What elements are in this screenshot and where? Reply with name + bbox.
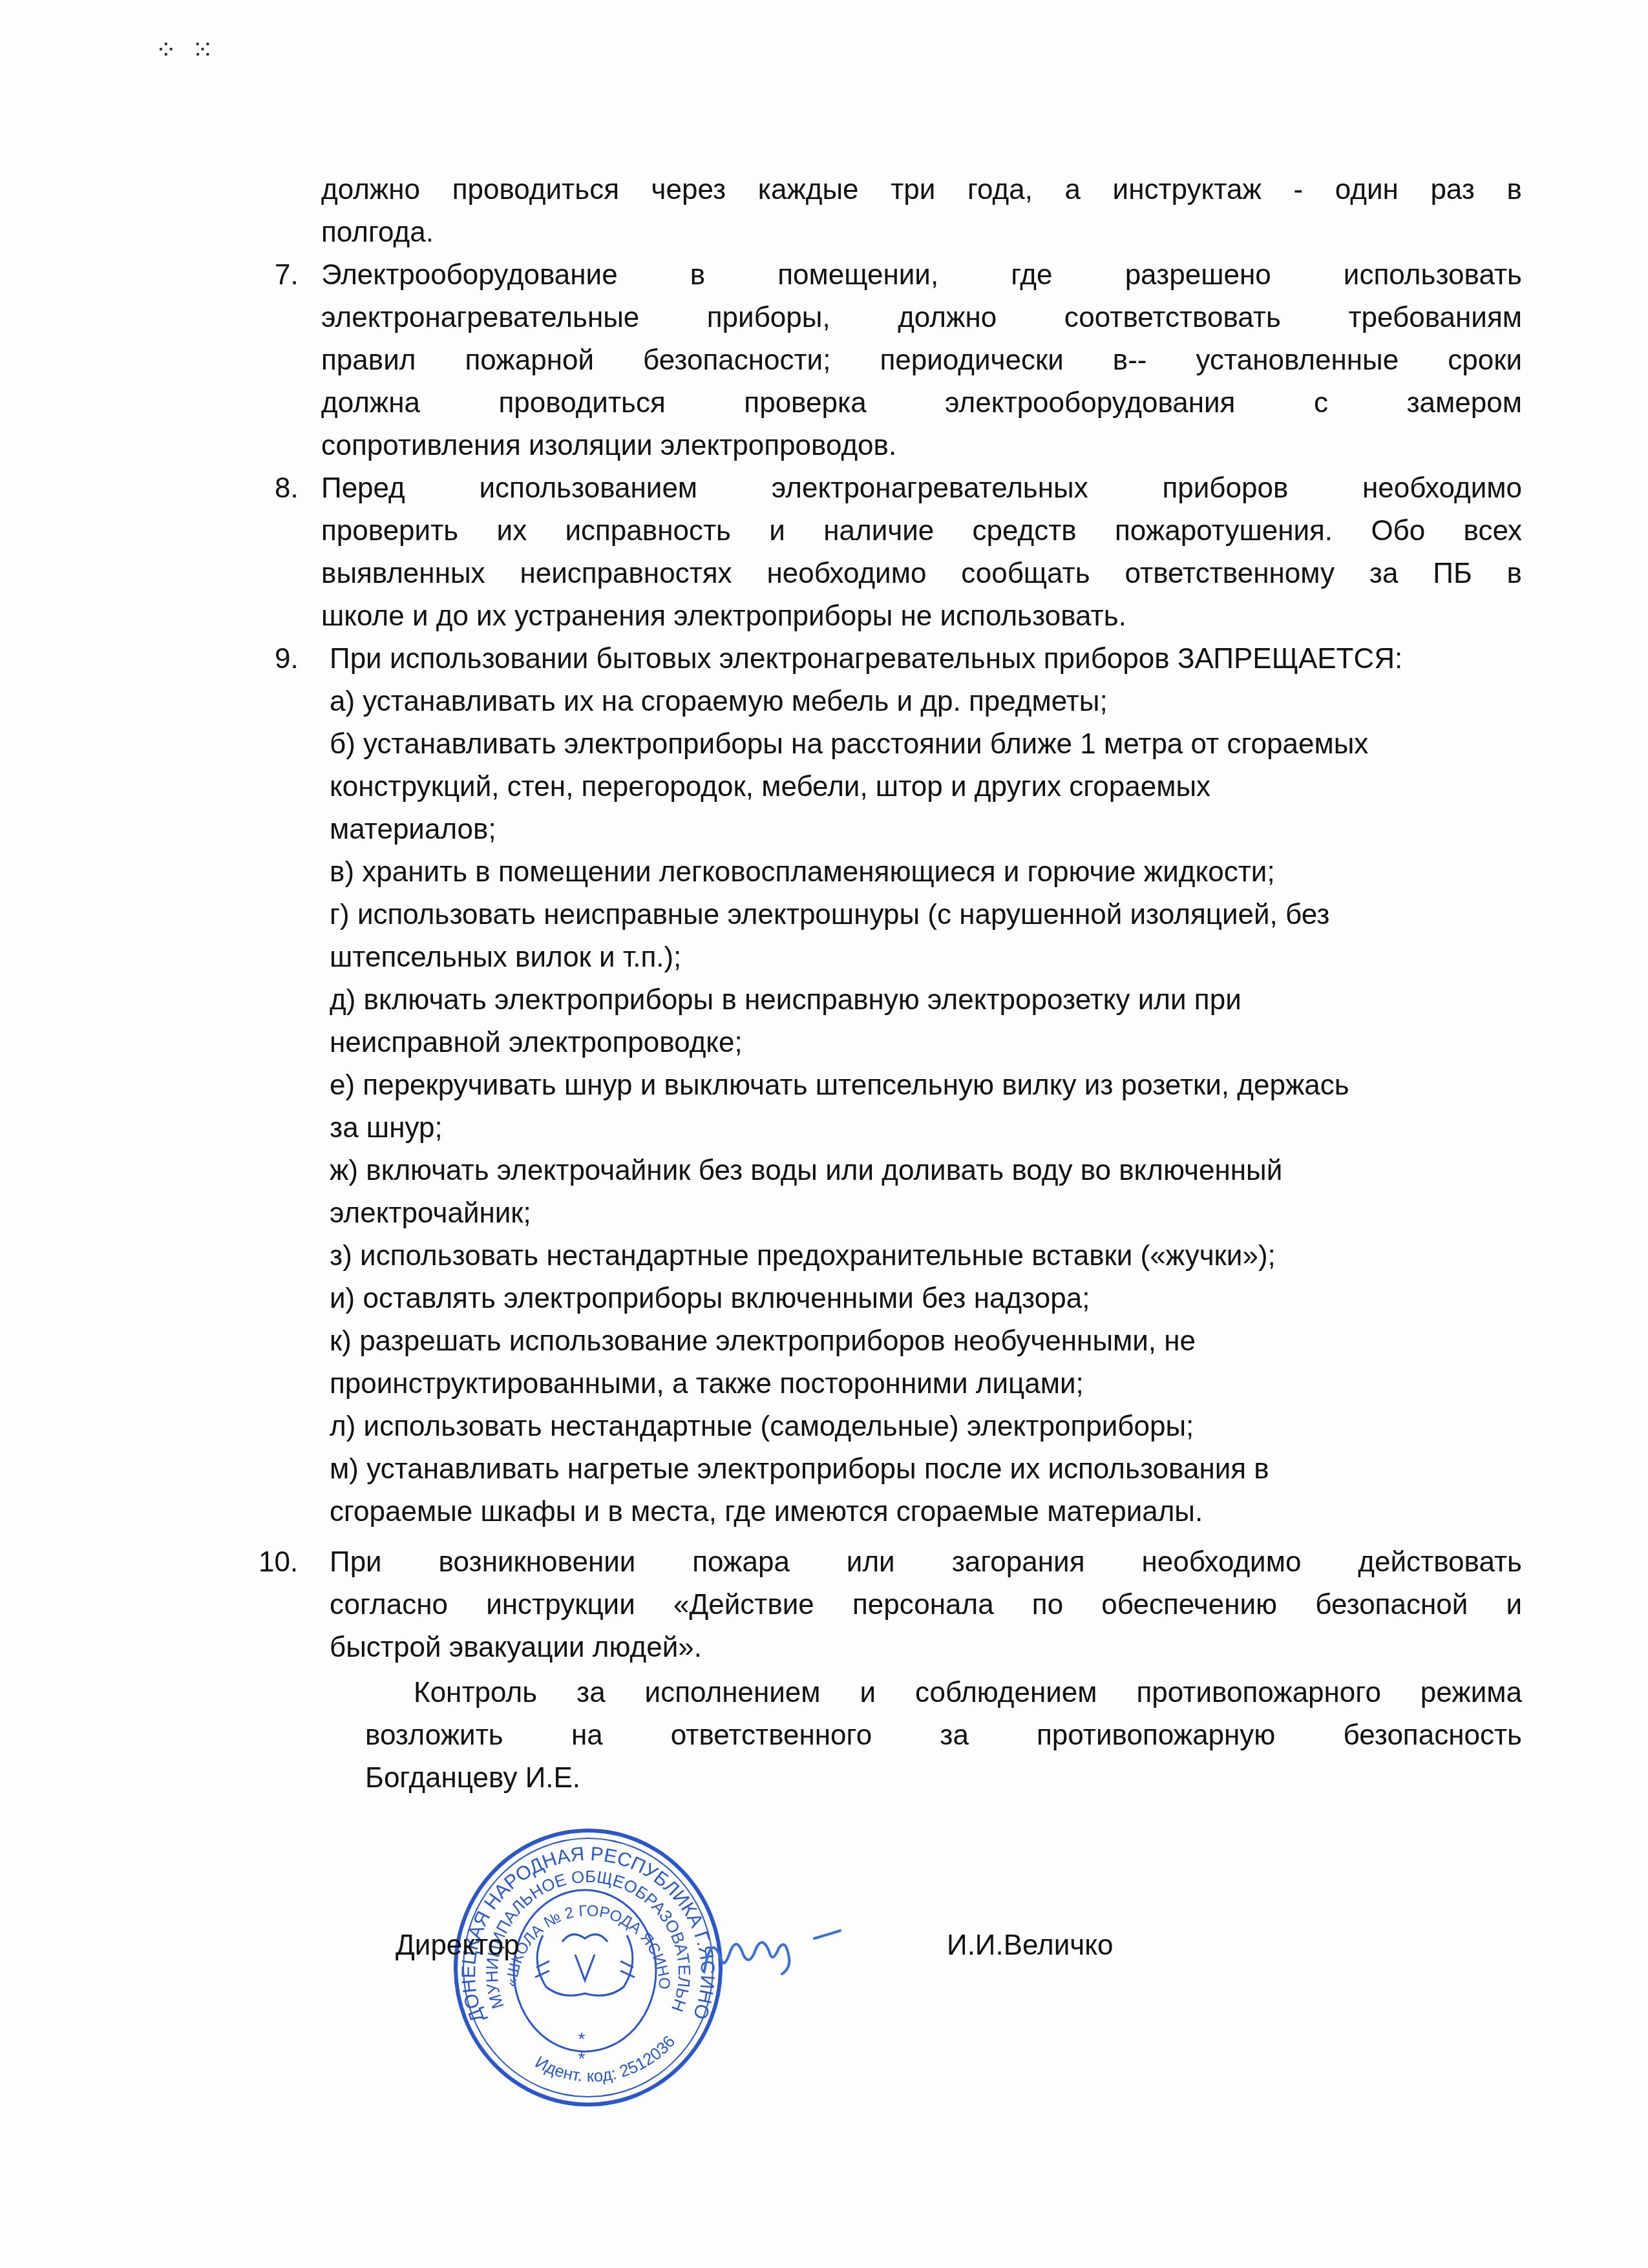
subitem-line: проинструктированными, а также посторонн… — [330, 1367, 1084, 1401]
text-line: согласно инструкции «Действие персонала … — [330, 1588, 1522, 1622]
subitem-line: материалов; — [330, 813, 496, 846]
text-line: правил пожарной безопасности; периодичес… — [321, 344, 1522, 377]
subitem-line: электрочайник; — [330, 1197, 531, 1230]
official-stamp: ДОНЕЦКАЯ НАРОДНАЯ РЕСПУБЛИКА Г.ЯСИНОВАТА… — [446, 1825, 724, 2110]
text-line: выявленных неисправностях необходимо соо… — [321, 557, 1522, 591]
text-line: школе и до их устранения электроприборы … — [321, 600, 1126, 633]
item-number: 10. — [259, 1546, 298, 1579]
text-line: быстрой эвакуации людей». — [330, 1631, 702, 1664]
text-line: должно проводиться через каждые три года… — [321, 173, 1522, 207]
subitem-line: д) включать электроприборы в неисправную… — [330, 983, 1241, 1017]
signature-scribble — [698, 1919, 866, 1984]
text-line: проверить их исправность и наличие средс… — [321, 514, 1522, 548]
text-line: полгода. — [321, 216, 434, 249]
subitem-line: г) использовать неисправные электрошнуры… — [330, 898, 1329, 932]
closing-line: возложить на ответственного за противопо… — [365, 1719, 1522, 1752]
svg-text:*: * — [578, 2029, 586, 2049]
subitem-line: сгораемые шкафы и в места, где имеются с… — [330, 1495, 1203, 1529]
subitem-line: ж) включать электрочайник без воды или д… — [330, 1154, 1282, 1188]
subitem-line: неисправной электропроводке; — [330, 1026, 743, 1060]
subitem-line: в) хранить в помещении легковоспламеняющ… — [330, 856, 1275, 889]
text-line: Электрооборудование в помещении, где раз… — [321, 258, 1522, 292]
item-number: 8. — [275, 472, 299, 505]
eagle-emblem-icon — [535, 1935, 635, 1996]
subitem-line: м) устанавливать нагретые электроприборы… — [330, 1453, 1269, 1486]
subitem-line: штепсельных вилок и т.п.); — [330, 941, 681, 974]
scan-speck: ⁘ ⁙ — [155, 36, 217, 65]
text-line: электронагревательные приборы, должно со… — [321, 301, 1522, 335]
subitem-line: и) оставлять электроприборы включенными … — [330, 1282, 1090, 1316]
signatory-title: Директор — [396, 1929, 520, 1962]
svg-text:*: * — [578, 2048, 586, 2068]
text-line: Перед использованием электронагревательн… — [321, 472, 1522, 505]
subitem-line: е) перекручивать шнур и выключать штепсе… — [330, 1069, 1349, 1102]
subitem-line: к) разрешать использование электроприбор… — [330, 1325, 1196, 1358]
subitem-line: за шнур; — [330, 1111, 443, 1145]
item-number: 7. — [275, 258, 299, 292]
closing-line: Контроль за исполнением и соблюдением пр… — [414, 1676, 1522, 1710]
item-number: 9. — [275, 642, 299, 676]
subitem-line: а) устанавливать их на сгораемую мебель … — [330, 685, 1108, 719]
text-line: При возникновении пожара или загорания н… — [330, 1546, 1522, 1579]
subitem-line: конструкций, стен, перегородок, мебели, … — [330, 770, 1210, 804]
subitem-line: б) устанавливать электроприборы на расст… — [330, 728, 1368, 761]
text-line: При использовании бытовых электронагрева… — [330, 642, 1402, 676]
closing-line: Богданцеву И.Е. — [365, 1761, 580, 1795]
text-line: сопротивления изоляции электропроводов. — [321, 429, 896, 463]
signatory-name: И.И.Величко — [947, 1929, 1113, 1962]
subitem-line: л) использовать нестандартные (самодельн… — [330, 1410, 1194, 1444]
document-page: ⁘ ⁙ должно проводиться через каждые три … — [0, 0, 1648, 2268]
text-line: должна проводиться проверка электрообору… — [321, 386, 1522, 420]
subitem-line: з) использовать нестандартные предохрани… — [330, 1239, 1276, 1273]
